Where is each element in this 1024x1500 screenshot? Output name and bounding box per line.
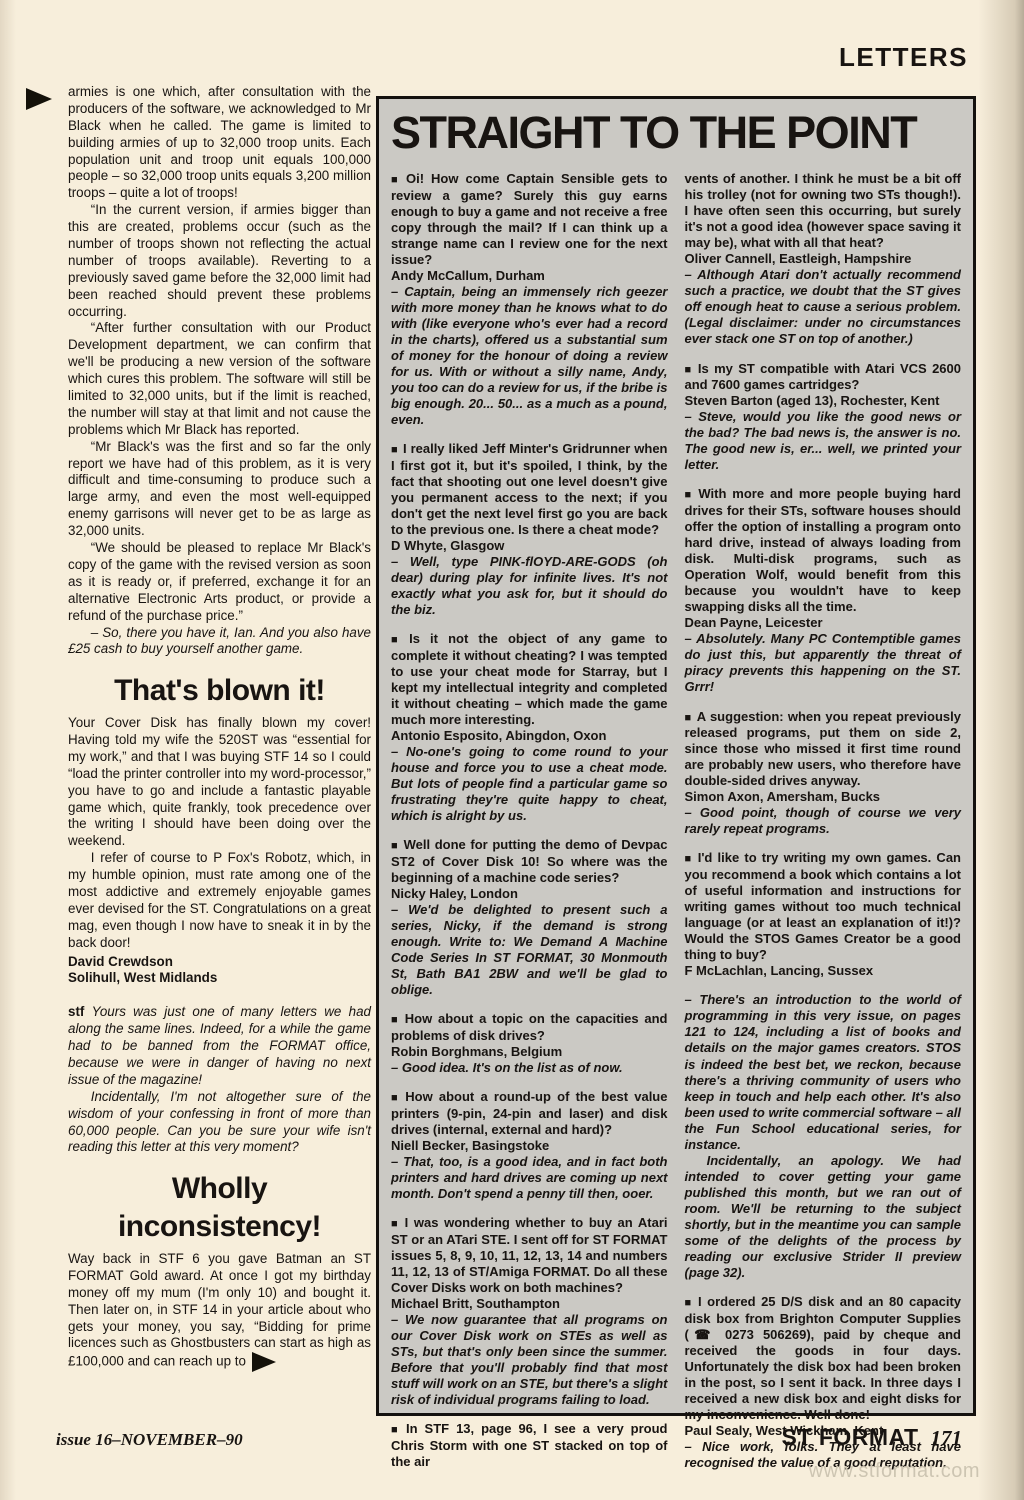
letter-item: ■In STF 13, page 96, I see a very proud … (391, 1421, 668, 1470)
letter-item: ■I really liked Jeff Minter's Gridrunner… (391, 441, 668, 618)
letter-question: ■How about a round-up of the best value … (391, 1089, 668, 1138)
bullet-square-icon: ■ (685, 489, 694, 501)
letter-item: ■Well done for putting the demo of Devpa… (391, 837, 668, 998)
letter-sender: Dean Payne, Leicester (685, 615, 962, 631)
letter-sender: Antonio Esposito, Abingdon, Oxon (391, 728, 668, 744)
body-paragraph: “In the current version, if armies bigge… (68, 202, 371, 320)
section-label: LETTERS (839, 42, 968, 73)
letter-item: ■Is it not the object of any game to com… (391, 631, 668, 824)
letter-sender: D Whyte, Glasgow (391, 538, 668, 554)
letter-answer: – Although Atari don't actually recommen… (685, 267, 962, 347)
letter-question: ■I ordered 25 D/S disk and an 80 capacit… (685, 1294, 962, 1423)
body-paragraph: Your Cover Disk has finally blown my cov… (68, 715, 371, 850)
stf-prefix: stf (68, 1004, 92, 1019)
letter-question: ■Oi! How come Captain Sensible gets to r… (391, 171, 668, 268)
continuation-arrow-icon (26, 88, 52, 110)
letter-sender: Michael Britt, Southampton (391, 1296, 668, 1312)
body-paragraph: I refer of course to P Fox's Robotz, whi… (68, 850, 371, 951)
continued-arrow-icon (246, 1354, 276, 1369)
letter-answer: Incidentally, an apology. We had intende… (685, 1153, 962, 1281)
letter-answer: – Captain, being an immensely rich geeze… (391, 284, 668, 428)
bullet-square-icon: ■ (391, 1424, 401, 1436)
letter-answer: – Steve, would you like the good news or… (685, 409, 962, 473)
letter-question: ■With more and more people buying hard d… (685, 486, 962, 615)
watermark: www.stformat.com (809, 1460, 980, 1483)
section-heading: Wholly inconsistency! (68, 1170, 371, 1246)
page-number: 171 (931, 1426, 963, 1450)
section-heading: That's blown it! (68, 672, 371, 710)
letter-question: ■Well done for putting the demo of Devpa… (391, 837, 668, 886)
letter-item: ■I was wondering whether to buy an Atari… (391, 1215, 668, 1408)
letter-sender: Nicky Haley, London (391, 886, 668, 902)
bullet-square-icon: ■ (685, 1297, 694, 1309)
letter-answer: – There's an introduction to the world o… (685, 992, 962, 1152)
letter-answer: – Absolutely. Many PC Contemptible games… (685, 631, 962, 695)
body-paragraph: “We should be pleased to replace Mr Blac… (68, 540, 371, 624)
letter-question: ■Is my ST compatible with Atari VCS 2600… (685, 361, 962, 394)
letter-item: ■How about a topic on the capacities and… (391, 1011, 668, 1076)
box-column-1: ■Oi! How come Captain Sensible gets to r… (391, 171, 668, 1471)
bullet-square-icon: ■ (391, 840, 399, 852)
letter-question: ■I was wondering whether to buy an Atari… (391, 1215, 668, 1296)
letter-item: vents of another. I think he must be a b… (685, 171, 962, 348)
letter-sender: Niell Becker, Basingstoke (391, 1138, 668, 1154)
bullet-square-icon: ■ (685, 712, 692, 724)
letter-question: ■How about a topic on the capacities and… (391, 1011, 668, 1044)
straight-to-the-point-box: STRAIGHT TO THE POINT ■Oi! How come Capt… (376, 96, 976, 1416)
letter-question: vents of another. I think he must be a b… (685, 171, 962, 251)
magazine-name: ST FORMAT (782, 1424, 919, 1450)
bullet-square-icon: ■ (685, 853, 693, 865)
letter-answer: – Well, type PINK-flOYD-ARE-GODS (oh dea… (391, 554, 668, 618)
letter-question: ■A suggestion: when you repeat previousl… (685, 709, 962, 790)
stf-editor-reply: stf Yours was just one of many letters w… (68, 1004, 371, 1156)
letter-question: ■I'd like to try writing my own games. C… (685, 850, 962, 963)
letter-sender: F McLachlan, Lancing, Sussex (685, 963, 962, 979)
box-column-2: vents of another. I think he must be a b… (685, 171, 962, 1471)
bullet-square-icon: ■ (391, 1092, 400, 1104)
box-columns: ■Oi! How come Captain Sensible gets to r… (391, 171, 961, 1471)
letter-answer: – We now guarantee that all programs on … (391, 1312, 668, 1408)
magazine-page: LETTERS armies is one which, after consu… (0, 0, 1024, 1500)
footer-issue-line: issue 16–NOVEMBER–90 (56, 1430, 243, 1450)
letter-question: ■I really liked Jeff Minter's Gridrunner… (391, 441, 668, 538)
letter-answer: – Good point, though of course we very r… (685, 805, 962, 837)
body-paragraph: “Mr Black's was the first and so far the… (68, 439, 371, 540)
footer-magazine: ST FORMAT171 (782, 1424, 962, 1451)
letter-answer: – That, too, is a good idea, and in fact… (391, 1154, 668, 1202)
letter-sender: Andy McCallum, Durham (391, 268, 668, 284)
bullet-square-icon: ■ (391, 174, 401, 186)
letter-item: ■I'd like to try writing my own games. C… (685, 850, 962, 1281)
letter-item: ■With more and more people buying hard d… (685, 486, 962, 695)
letter-sender: Oliver Cannell, Eastleigh, Hampshire (685, 251, 962, 267)
body-paragraph: armies is one which, after consultation … (68, 84, 371, 202)
left-column: armies is one which, after consultation … (68, 84, 371, 1372)
stf-reply-paragraph: Incidentally, I'm not altogether sure of… (68, 1089, 371, 1157)
bullet-square-icon: ■ (685, 364, 693, 376)
bullet-square-icon: ■ (391, 1218, 400, 1230)
bullet-square-icon: ■ (391, 444, 398, 456)
body-paragraph: “After further consultation with our Pro… (68, 320, 371, 438)
letter-item: ■Oi! How come Captain Sensible gets to r… (391, 171, 668, 428)
letter-question: ■In STF 13, page 96, I see a very proud … (391, 1421, 668, 1470)
bullet-square-icon: ■ (391, 634, 404, 646)
letter-answer: – No-one's going to come round to your h… (391, 744, 668, 824)
letter-signature: David CrewdsonSolihull, West Midlands (68, 954, 371, 988)
letter-item: ■How about a round-up of the best value … (391, 1089, 668, 1202)
letter-answer: – We'd be delighted to present such a se… (391, 902, 668, 998)
body-paragraph: Way back in STF 6 you gave Batman an ST … (68, 1251, 371, 1372)
letter-question: ■Is it not the object of any game to com… (391, 631, 668, 728)
letter-item: ■A suggestion: when you repeat previousl… (685, 709, 962, 838)
box-title: STRAIGHT TO THE POINT (391, 107, 961, 159)
letter-answer: – Good idea. It's on the list as of now. (391, 1060, 668, 1076)
letter-sender: Steven Barton (aged 13), Rochester, Kent (685, 393, 962, 409)
stf-reply-paragraph: stf Yours was just one of many letters w… (68, 1004, 371, 1088)
letter-item: ■Is my ST compatible with Atari VCS 2600… (685, 361, 962, 474)
letter-sender: Robin Borghmans, Belgium (391, 1044, 668, 1060)
letter-sender: Simon Axon, Amersham, Bucks (685, 789, 962, 805)
editor-reply: – So, there you have it, Ian. And you al… (68, 625, 371, 659)
bullet-square-icon: ■ (391, 1014, 400, 1026)
